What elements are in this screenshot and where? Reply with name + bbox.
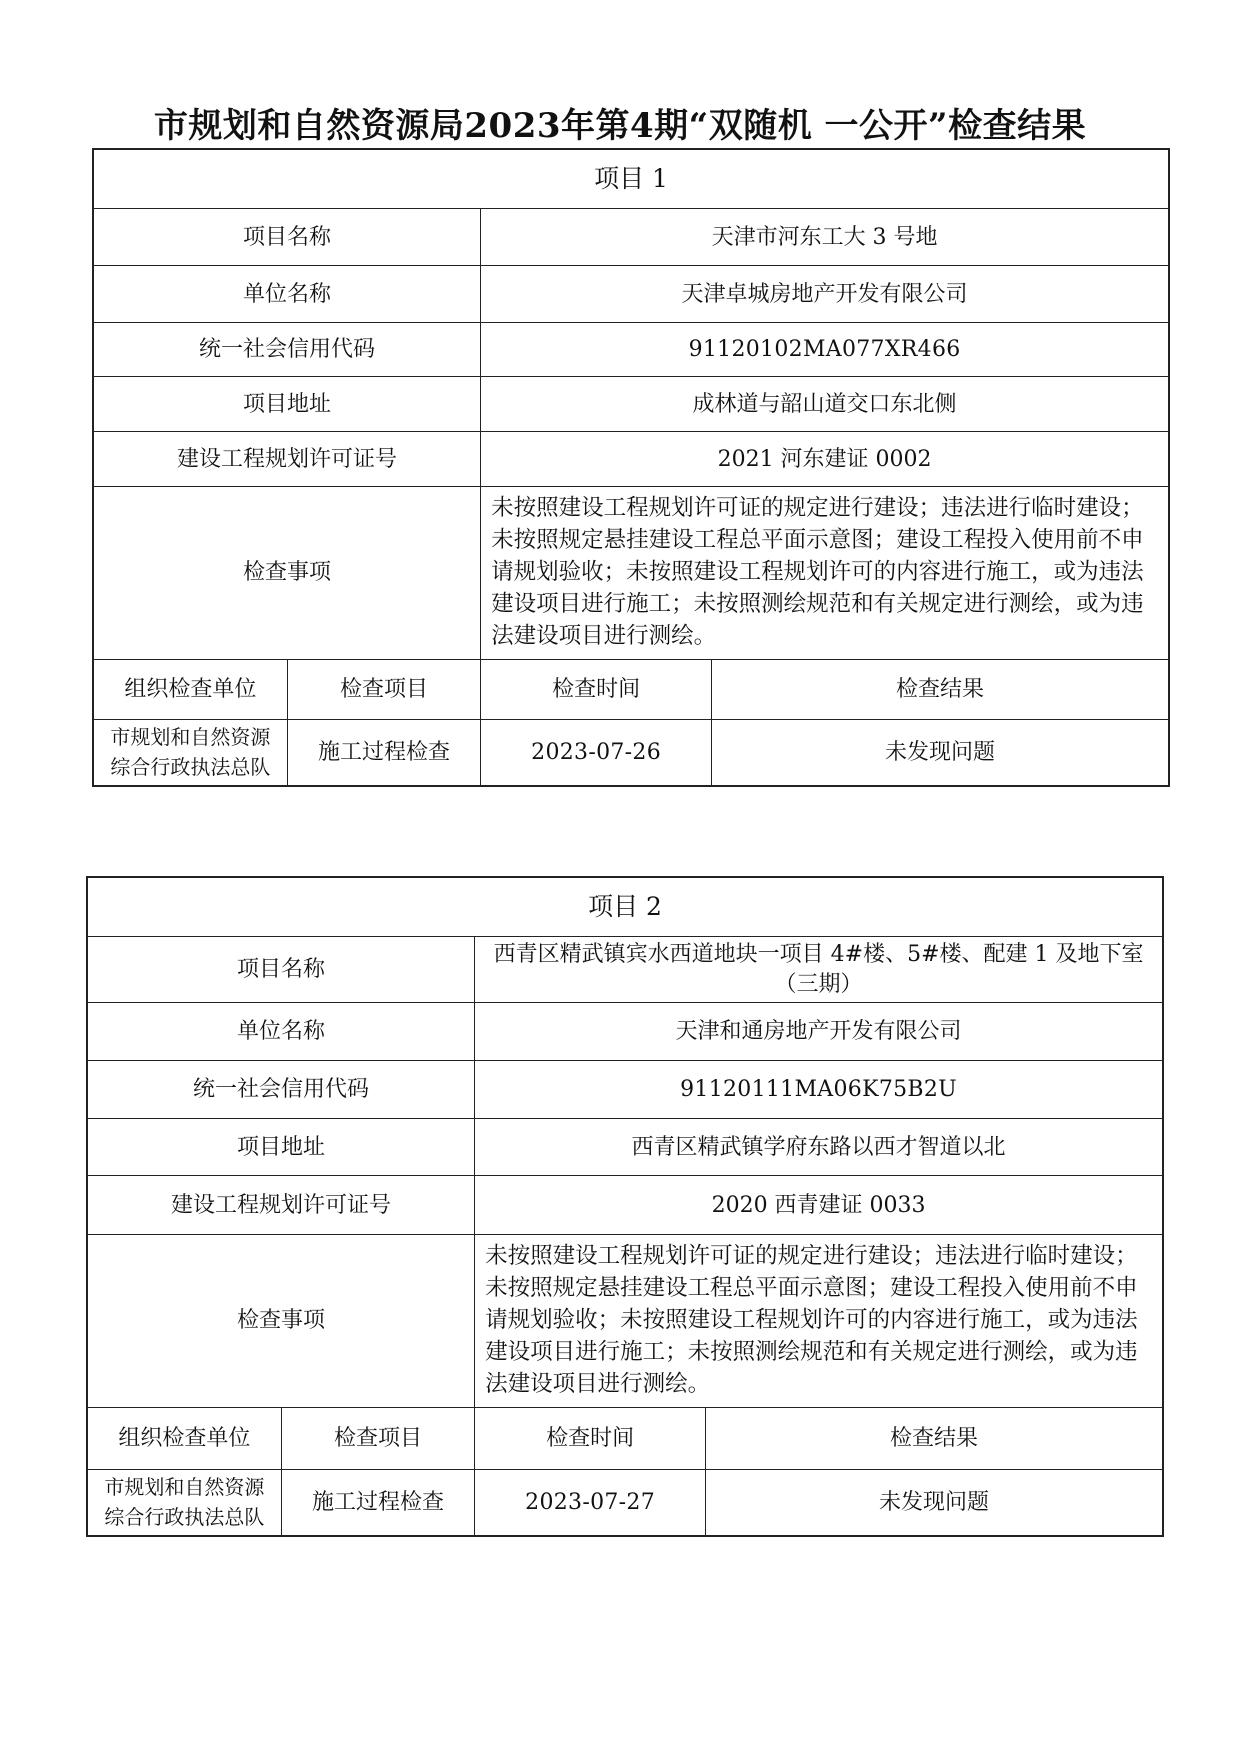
inspection-item: 施工过程检查 bbox=[287, 719, 480, 785]
inspection-matters: 未按照建设工程规划许可证的规定进行建设；违法进行临时建设；未按照规定悬挂建设工程… bbox=[475, 1235, 1162, 1408]
project-1-table: 项目 1 项目名称天津市河东工大 3 号地 单位名称天津卓城房地产开发有限公司 … bbox=[92, 148, 1170, 787]
unit-name: 天津和通房地产开发有限公司 bbox=[475, 1003, 1162, 1061]
org-unit: 市规划和自然资源综合行政执法总队 bbox=[94, 719, 287, 785]
label-address: 项目地址 bbox=[88, 1119, 475, 1176]
label-inspection-result: 检查结果 bbox=[712, 659, 1168, 719]
label-credit-code: 统一社会信用代码 bbox=[94, 323, 481, 377]
label-credit-code: 统一社会信用代码 bbox=[88, 1061, 475, 1119]
project-name: 天津市河东工大 3 号地 bbox=[481, 209, 1168, 266]
inspection-time: 2023-07-27 bbox=[475, 1469, 706, 1535]
org-unit: 市规划和自然资源综合行政执法总队 bbox=[88, 1469, 281, 1535]
label-org-unit: 组织检查单位 bbox=[88, 1407, 281, 1469]
inspection-matters: 未按照建设工程规划许可证的规定进行建设；违法进行临时建设；未按照规定悬挂建设工程… bbox=[481, 487, 1168, 660]
inspection-time: 2023-07-26 bbox=[481, 719, 712, 785]
label-permit-no: 建设工程规划许可证号 bbox=[94, 432, 481, 487]
label-project-name: 项目名称 bbox=[94, 209, 481, 266]
label-inspection-time: 检查时间 bbox=[475, 1407, 706, 1469]
inspection-result: 未发现问题 bbox=[712, 719, 1168, 785]
address: 西青区精武镇学府东路以西才智道以北 bbox=[475, 1119, 1162, 1176]
label-unit-name: 单位名称 bbox=[88, 1003, 475, 1061]
inspection-result: 未发现问题 bbox=[706, 1469, 1162, 1535]
label-inspection-result: 检查结果 bbox=[706, 1407, 1162, 1469]
label-inspection-matters: 检查事项 bbox=[94, 487, 481, 660]
project-heading: 项目 1 bbox=[94, 150, 1168, 209]
unit-name: 天津卓城房地产开发有限公司 bbox=[481, 266, 1168, 323]
credit-code: 91120102MA077XR466 bbox=[481, 323, 1168, 377]
project-2-table: 项目 2 项目名称西青区精武镇宾水西道地块一项目 4#楼、5#楼、配建 1 及地… bbox=[86, 876, 1164, 1537]
project-heading: 项目 2 bbox=[88, 878, 1162, 937]
permit-no: 2021 河东建证 0002 bbox=[481, 432, 1168, 487]
label-org-unit: 组织检查单位 bbox=[94, 659, 287, 719]
credit-code: 91120111MA06K75B2U bbox=[475, 1061, 1162, 1119]
document-title: 市规划和自然资源局2023年第4期“双随机 一公开”检查结果 bbox=[0, 98, 1240, 147]
label-permit-no: 建设工程规划许可证号 bbox=[88, 1176, 475, 1235]
label-address: 项目地址 bbox=[94, 377, 481, 432]
label-inspection-matters: 检查事项 bbox=[88, 1235, 475, 1408]
inspection-item: 施工过程检查 bbox=[281, 1469, 474, 1535]
label-inspection-time: 检查时间 bbox=[481, 659, 712, 719]
label-inspection-item: 检查项目 bbox=[287, 659, 480, 719]
project-name: 西青区精武镇宾水西道地块一项目 4#楼、5#楼、配建 1 及地下室（三期） bbox=[475, 937, 1162, 1003]
label-project-name: 项目名称 bbox=[88, 937, 475, 1003]
label-unit-name: 单位名称 bbox=[94, 266, 481, 323]
permit-no: 2020 西青建证 0033 bbox=[475, 1176, 1162, 1235]
label-inspection-item: 检查项目 bbox=[281, 1407, 474, 1469]
address: 成林道与韶山道交口东北侧 bbox=[481, 377, 1168, 432]
